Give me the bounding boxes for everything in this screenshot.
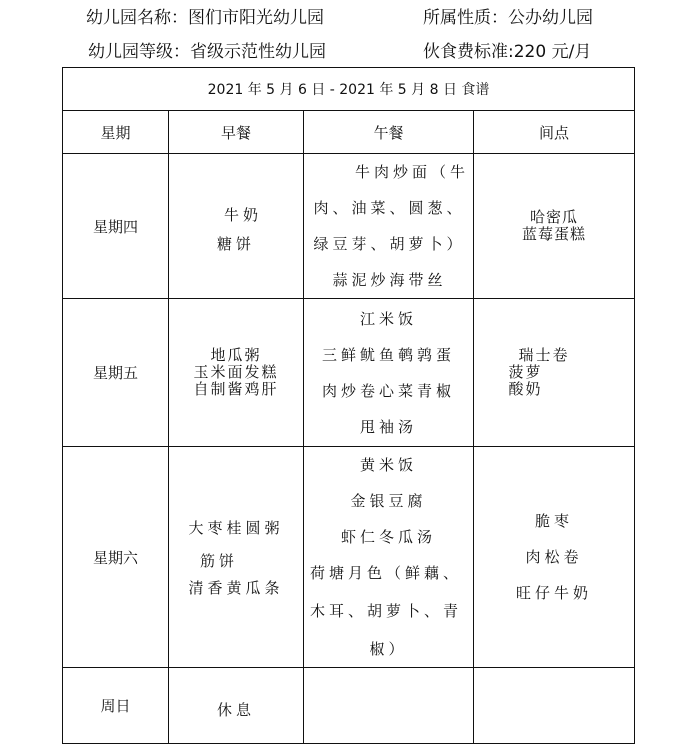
menu-item: 木耳、胡萝卜、青 [308, 591, 469, 631]
column-header-day: 星期 [63, 111, 169, 154]
column-header-snack: 间点 [474, 111, 635, 154]
column-header-lunch: 午餐 [304, 111, 474, 154]
level-value: 省级示范性幼儿园 [190, 42, 326, 62]
menu-item: 虾仁冬瓜汤 [308, 519, 469, 555]
snack-cell: 瑞士卷 菠萝 酸奶 [474, 299, 635, 447]
day-cell: 星期六 [63, 447, 169, 668]
column-header-breakfast: 早餐 [169, 111, 304, 154]
breakfast-cell: 大枣桂圆粥 筋饼 清香黄瓜条 [169, 447, 304, 668]
lunch-cell: 牛肉炒面（牛 肉、油菜、圆葱、 绿豆芽、胡萝卜） 蒜泥炒海带丝 [304, 154, 474, 299]
table-row: 周日 休息 [63, 668, 635, 744]
kindergarten-level: 幼儿园等级：省级示范性幼儿园 [88, 41, 326, 63]
menu-item: 甩袖汤 [304, 409, 473, 445]
table-title-row: 2021 年 5 月 6 日 - 2021 年 5 月 8 日 食谱 [63, 68, 635, 111]
menu-item: 肉炒卷心菜青椒 [304, 373, 473, 409]
day-cell: 星期五 [63, 299, 169, 447]
menu-item: 清香黄瓜条 [169, 575, 303, 601]
menu-item: 酸奶 [509, 381, 570, 398]
menu-item: 椒） [308, 631, 469, 667]
menu-item: 肉、油菜、圆葱、 [310, 190, 469, 226]
kindergarten-name: 幼儿园名称：图们市阳光幼儿园 [86, 7, 324, 29]
nature-value: 公办幼儿园 [508, 8, 593, 28]
menu-item: 哈密瓜 [474, 209, 634, 226]
menu-item: 菠萝 [509, 364, 570, 381]
snack-cell [474, 668, 635, 744]
breakfast-cell: 休息 [169, 668, 304, 744]
fee-value: 220 元/月 [514, 42, 592, 62]
menu-item: 江米饭 [304, 301, 473, 337]
menu-item: 糖饼 [169, 233, 303, 255]
menu-item: 金银豆腐 [308, 483, 469, 519]
menu-item: 牛奶 [169, 197, 303, 233]
meal-fee: 伙食费标准:220 元/月 [423, 41, 591, 63]
level-label: 幼儿园等级： [88, 42, 190, 62]
menu-item: 瑞士卷 [509, 347, 570, 364]
menu-item: 自制酱鸡肝 [169, 381, 303, 398]
menu-item: 蓝莓蛋糕 [474, 226, 634, 243]
lunch-cell: 江米饭 三鲜鱿鱼鹌鹑蛋 肉炒卷心菜青椒 甩袖汤 [304, 299, 474, 447]
menu-item: 三鲜鱿鱼鹌鹑蛋 [304, 337, 473, 373]
name-label: 幼儿园名称： [86, 8, 188, 28]
menu-item: 地瓜粥 [169, 347, 303, 364]
table-row: 星期五 地瓜粥 玉米面发糕 自制酱鸡肝 江米饭 三鲜鱿鱼鹌鹑蛋 肉炒卷心菜青椒 … [63, 299, 635, 447]
lunch-cell [304, 668, 474, 744]
weekly-menu-table: 2021 年 5 月 6 日 - 2021 年 5 月 8 日 食谱 星期 早餐… [62, 67, 635, 744]
day-cell: 周日 [63, 668, 169, 744]
breakfast-cell: 地瓜粥 玉米面发糕 自制酱鸡肝 [169, 299, 304, 447]
snack-cell: 脆枣 肉松卷 旺仔牛奶 [474, 447, 635, 668]
menu-item: 牛肉炒面（牛 [310, 154, 469, 190]
menu-item: 荷塘月色（鲜藕、 [308, 555, 469, 591]
menu-item: 旺仔牛奶 [474, 575, 634, 611]
table-row: 星期四 牛奶 糖饼 牛肉炒面（牛 肉、油菜、圆葱、 绿豆芽、胡萝卜） 蒜泥炒海带… [63, 154, 635, 299]
menu-item: 筋饼 [169, 547, 303, 575]
menu-item: 脆枣 [474, 503, 634, 539]
table-row: 星期六 大枣桂圆粥 筋饼 清香黄瓜条 黄米饭 金银豆腐 虾仁冬瓜汤 荷塘月色（鲜… [63, 447, 635, 668]
menu-item: 绿豆芽、胡萝卜） [310, 226, 469, 262]
snack-cell: 哈密瓜 蓝莓蛋糕 [474, 154, 635, 299]
menu-date-range-title: 2021 年 5 月 6 日 - 2021 年 5 月 8 日 食谱 [63, 68, 635, 111]
menu-item: 蒜泥炒海带丝 [310, 262, 469, 298]
lunch-cell: 黄米饭 金银豆腐 虾仁冬瓜汤 荷塘月色（鲜藕、 木耳、胡萝卜、青 椒） [304, 447, 474, 668]
nature-label: 所属性质： [423, 8, 508, 28]
kindergarten-nature: 所属性质：公办幼儿园 [423, 7, 593, 29]
snack-list: 瑞士卷 菠萝 酸奶 [509, 347, 570, 398]
menu-item: 玉米面发糕 [169, 364, 303, 381]
fee-label: 伙食费标准: [423, 42, 514, 62]
menu-item: 肉松卷 [474, 539, 634, 575]
column-header-row: 星期 早餐 午餐 间点 [63, 111, 635, 154]
day-cell: 星期四 [63, 154, 169, 299]
menu-item: 休息 [169, 691, 303, 720]
menu-item: 黄米饭 [308, 447, 469, 483]
breakfast-cell: 牛奶 糖饼 [169, 154, 304, 299]
menu-item: 大枣桂圆粥 [169, 513, 303, 547]
name-value: 图们市阳光幼儿园 [188, 8, 324, 28]
